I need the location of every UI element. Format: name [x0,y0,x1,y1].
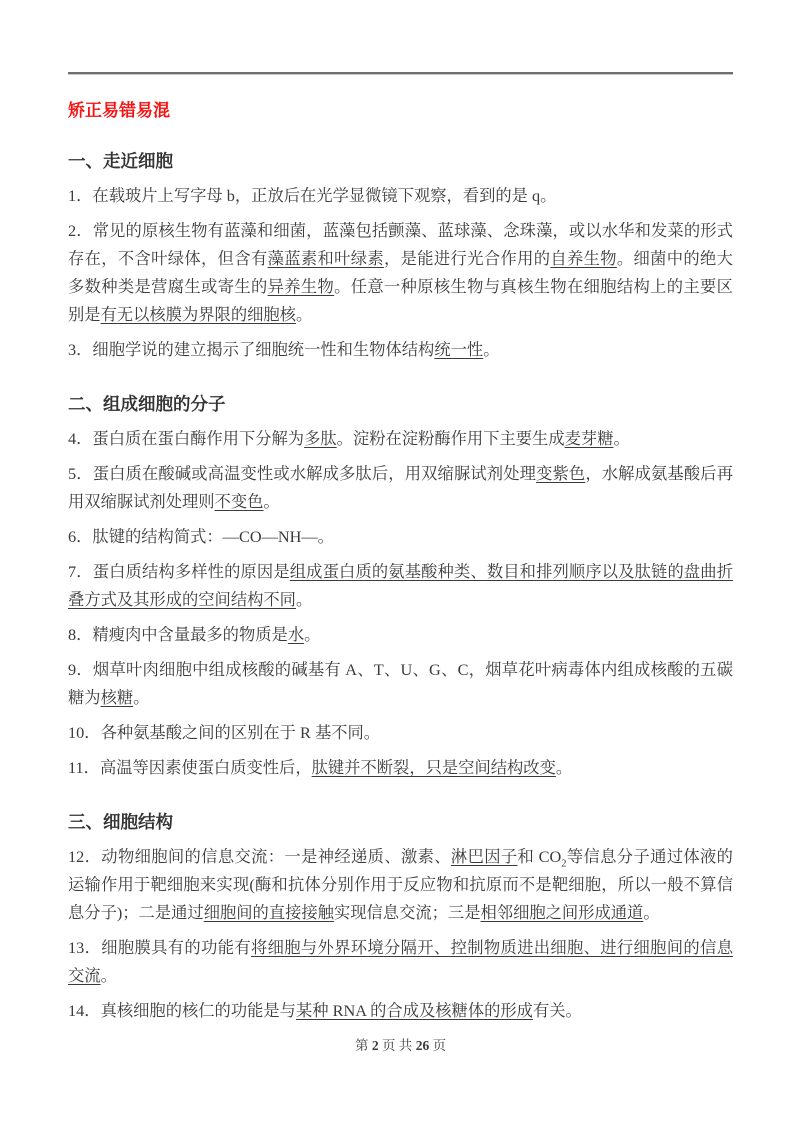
text-segment: 12．动物细胞间的信息交流：一是神经递质、激素、 [68,847,451,866]
text-segment: 。 [556,758,572,777]
note-item: 4．蛋白质在蛋白酶作用下分解为多肽。淀粉在淀粉酶作用下主要生成麦芽糖。 [68,425,733,453]
document-page: 矫正易错易混 一、走近细胞1．在载玻片上写字母 b，正放后在光学显微镜下观察，看… [0,0,793,1122]
section-heading-2: 二、组成细胞的分子 [68,390,733,418]
text-segment: 。淀粉在淀粉酶作用下主要生成 [337,429,565,448]
underlined-text: 不变色 [215,492,264,511]
underlined-text: 细胞间的直接接触 [204,903,334,922]
note-item: 8．精瘦肉中含量最多的物质是水。 [68,621,733,649]
text-segment: 13．细胞膜具有的功能有 [68,938,251,957]
note-item: 10．各种氨基酸之间的区别在于 R 基不同。 [68,719,733,747]
underlined-text: 自养生物 [550,249,617,268]
text-segment: 有关。 [533,1001,582,1020]
underlined-text: 藻蓝素和叶绿素 [268,249,384,268]
underlined-text: 麦芽糖 [565,429,614,448]
underlined-text: 多肽 [304,429,337,448]
underlined-text: 变紫色 [536,464,585,483]
note-item: 3．细胞学说的建立揭示了细胞统一性和生物体结构统一性。 [68,336,733,364]
document-title: 矫正易错易混 [68,101,733,121]
text-segment: 。 [643,903,659,922]
text-segment: 实现信息交流；三是 [334,903,481,922]
note-item: 12．动物细胞间的信息交流：一是神经递质、激素、淋巴因子和 CO2等信息分子通过… [68,843,733,927]
note-item: 14．真核细胞的核仁的功能是与某种 RNA 的合成及核糖体的形成有关。 [68,997,733,1025]
text-segment: 页 共 [379,1038,416,1053]
note-item: 13．细胞膜具有的功能有将细胞与外界环境分隔开、控制物质进出细胞、进行细胞间的信… [68,934,733,990]
text-segment: 5．蛋白质在酸碱或高温变性或水解成多肽后，用双缩脲试剂处理 [68,464,536,483]
text-segment: 。 [296,590,312,609]
text-segment: 页 [429,1038,446,1053]
underlined-text: 水 [288,625,304,644]
text-segment: 3．细胞学说的建立揭示了细胞统一性和生物体结构 [68,340,434,359]
underlined-text: 淋巴因子 [451,847,518,866]
text-segment: 10．各种氨基酸之间的区别在于 R 基不同。 [68,723,380,742]
text-segment: 。 [304,625,320,644]
section-heading-1: 一、走近细胞 [68,147,733,175]
note-item: 9．烟草叶肉细胞中组成核酸的碱基有 A、T、U、G、C，烟草花叶病毒体内组成核酸… [68,656,733,712]
text-segment: 。 [133,688,149,707]
text-segment: 第 [355,1038,372,1053]
note-item: 7．蛋白质结构多样性的原因是组成蛋白质的氨基酸种类、数目和排列顺序以及肽链的盘曲… [68,558,733,614]
text-segment: 7．蛋白质结构多样性的原因是 [68,562,290,581]
note-item: 5．蛋白质在酸碱或高温变性或水解成多肽后，用双缩脲试剂处理变紫色，水解成氨基酸后… [68,460,733,516]
text-segment: 4．蛋白质在蛋白酶作用下分解为 [68,429,304,448]
header-rule [68,72,733,75]
underlined-text: 某种 RNA 的合成及核糖体的形成 [296,1001,533,1020]
text-segment: 。 [101,966,117,985]
page-footer: 第 2 页 共 26 页 [68,1037,733,1055]
text-segment: 2 [372,1038,379,1053]
document-body: 一、走近细胞1．在载玻片上写字母 b，正放后在光学显微镜下观察，看到的是 q。2… [68,147,733,1025]
text-segment: 8．精瘦肉中含量最多的物质是 [68,625,288,644]
document-content: 矫正易错易混 一、走近细胞1．在载玻片上写字母 b，正放后在光学显微镜下观察，看… [0,72,793,1055]
text-segment: 和 CO [518,847,562,866]
note-item: 11．高温等因素使蛋白质变性后，肽键并不断裂，只是空间结构改变。 [68,754,733,782]
text-segment: 26 [416,1038,430,1053]
underlined-text: 相邻细胞之间形成通道 [481,903,644,922]
text-segment: 6．肽键的结构简式：—CO—NH—。 [68,527,334,546]
underlined-text: 核糖 [101,688,134,707]
underlined-text: 有无以核膜为界限的细胞核 [101,305,296,324]
underlined-text: 统一性 [434,340,483,359]
note-item: 1．在载玻片上写字母 b，正放后在光学显微镜下观察，看到的是 q。 [68,182,733,210]
text-segment: ，是能进行光合作用的 [384,249,550,268]
text-segment: 1．在载玻片上写字母 b，正放后在光学显微镜下观察，看到的是 q。 [68,186,556,205]
text-segment: 。 [296,305,312,324]
text-segment: 11．高温等因素使蛋白质变性后， [68,758,312,777]
text-segment: 14．真核细胞的核仁的功能是与 [68,1001,296,1020]
text-segment: 9．烟草叶肉细胞中组成核酸的碱基有 A、T、U、G、C，烟草花叶病毒体内组成核酸… [68,660,733,707]
underlined-text: 异养生物 [268,277,335,296]
text-segment: 。 [263,492,279,511]
note-item: 6．肽键的结构简式：—CO—NH—。 [68,523,733,551]
note-item: 2．常见的原核生物有蓝藻和细菌，蓝藻包括颤藻、蓝球藻、念珠藻，或以水华和发菜的形… [68,217,733,329]
section-heading-3: 三、细胞结构 [68,808,733,836]
text-segment: 。 [613,429,629,448]
underlined-text: 肽键并不断裂，只是空间结构改变 [312,758,556,777]
text-segment: 。 [483,340,499,359]
